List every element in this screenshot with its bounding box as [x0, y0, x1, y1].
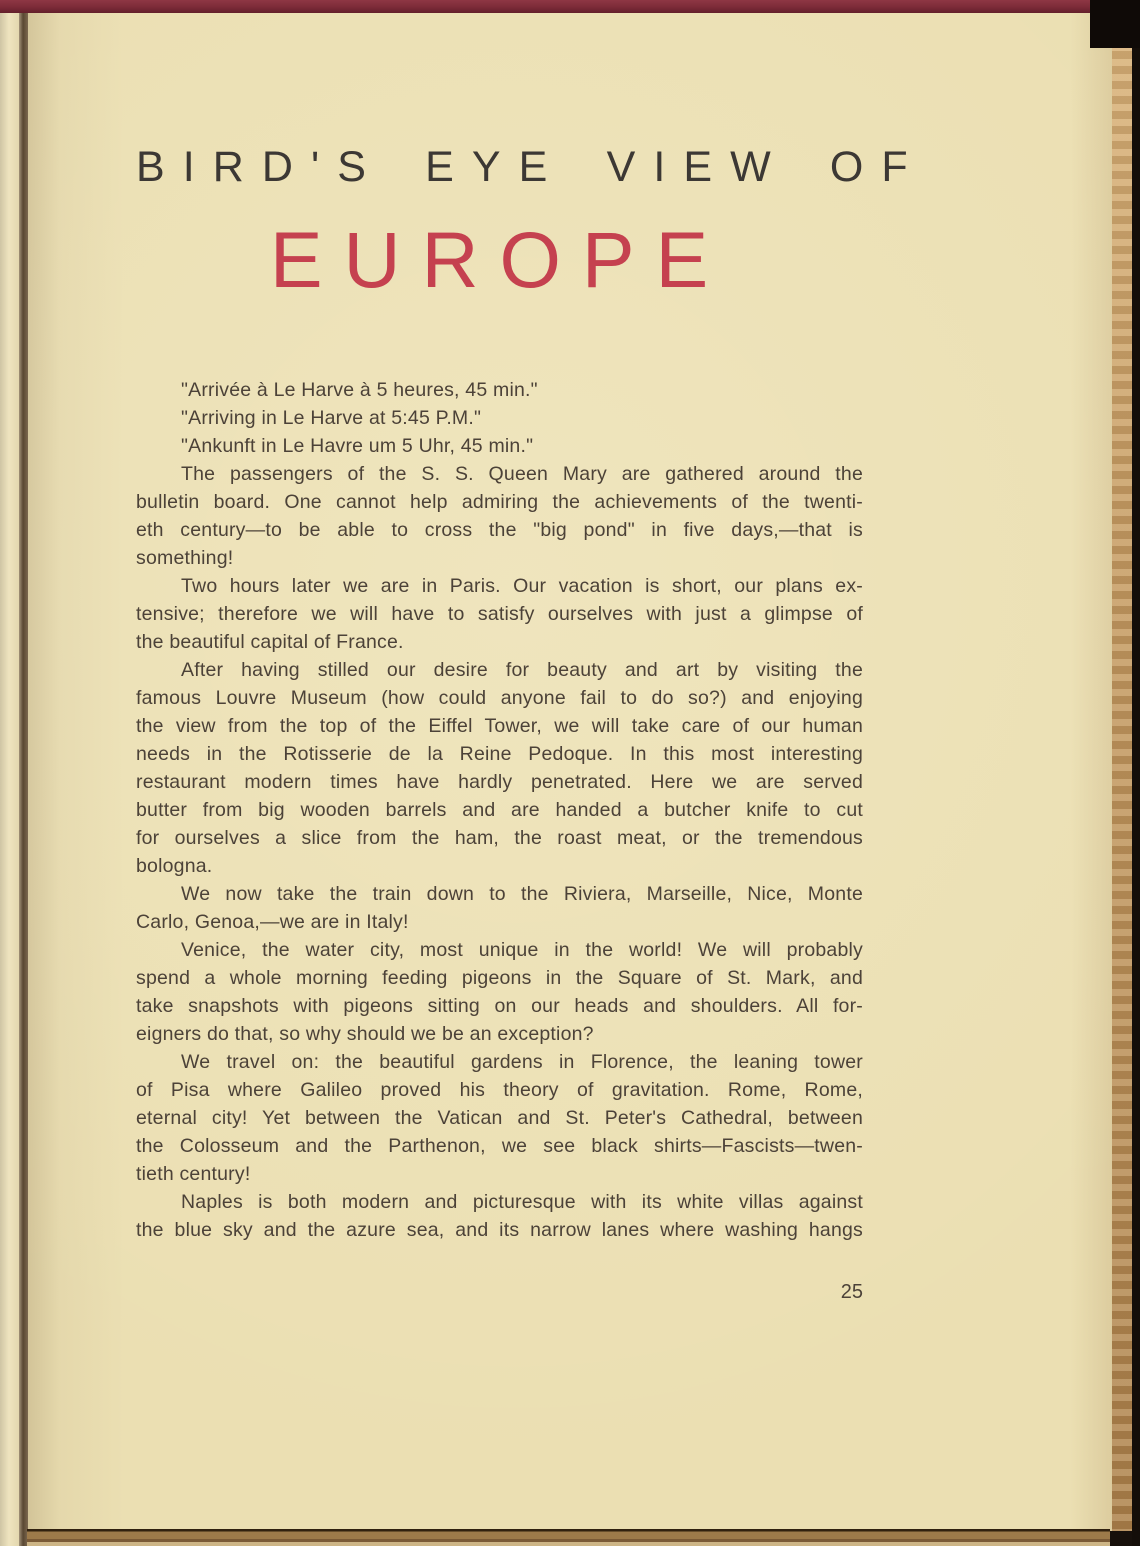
paragraph: We travel on: the beautiful gardens in F…	[136, 1048, 863, 1188]
text-line: Carlo, Genoa,—we are in Italy!	[136, 908, 863, 936]
page-body: "Arrivée à Le Harve à 5 heures, 45 min."…	[136, 376, 863, 1244]
scan-background-corner	[1090, 0, 1140, 48]
book-cover-right-edge	[1132, 0, 1140, 1546]
paragraph: We now take the train down to the Rivier…	[136, 880, 863, 936]
text-line: bulletin board. One cannot help admiring…	[136, 488, 863, 516]
text-line: tensive; therefore we will have to satis…	[136, 600, 863, 628]
book-page: BIRD'S EYE VIEW OF EUROPE "Arrivée à Le …	[27, 12, 1114, 1531]
title-line-1: BIRD'S EYE VIEW OF	[136, 146, 863, 189]
paragraph: Venice, the water city, most unique in t…	[136, 936, 863, 1048]
text-line: eth century—to be able to cross the "big…	[136, 516, 863, 544]
text-line: Naples is both modern and picturesque wi…	[136, 1188, 863, 1216]
text-line: bologna.	[136, 852, 863, 880]
text-line: Two hours later we are in Paris. Our vac…	[136, 572, 863, 600]
page-stack-right-edge	[1112, 14, 1134, 1531]
paragraph: Two hours later we are in Paris. Our vac…	[136, 572, 863, 656]
text-line: eternal city! Yet between the Vatican an…	[136, 1104, 863, 1132]
text-line: "Arrivée à Le Harve à 5 heures, 45 min."	[136, 376, 863, 404]
text-line: The passengers of the S. S. Queen Mary a…	[136, 460, 863, 488]
text-line: the view from the top of the Eiffel Towe…	[136, 712, 863, 740]
text-line: the blue sky and the azure sea, and its …	[136, 1216, 863, 1244]
text-line: tieth century!	[136, 1160, 863, 1188]
text-line: We now take the train down to the Rivier…	[136, 880, 863, 908]
text-line: something!	[136, 544, 863, 572]
text-line: take snapshots with pigeons sitting on o…	[136, 992, 863, 1020]
text-line: After having stilled our desire for beau…	[136, 656, 863, 684]
text-line: Venice, the water city, most unique in t…	[136, 936, 863, 964]
text-line: famous Louvre Museum (how could anyone f…	[136, 684, 863, 712]
gutter-shadow	[19, 10, 28, 1546]
text-line: "Ankunft in Le Havre um 5 Uhr, 45 min."	[136, 432, 863, 460]
text-line: butter from big wooden barrels and are h…	[136, 796, 863, 824]
text-line: We travel on: the beautiful gardens in F…	[136, 1048, 863, 1076]
facing-page-edge	[0, 0, 20, 1546]
text-line: of Pisa where Galileo proved his theory …	[136, 1076, 863, 1104]
text-line: the beautiful capital of France.	[136, 628, 863, 656]
text-line: eigners do that, so why should we be an …	[136, 1020, 863, 1048]
paragraph: After having stilled our desire for beau…	[136, 656, 863, 880]
text-line: the Colosseum and the Parthenon, we see …	[136, 1132, 863, 1160]
text-line: for ourselves a slice from the ham, the …	[136, 824, 863, 852]
text-line: restaurant modern times have hardly pene…	[136, 768, 863, 796]
quote-lines: "Arrivée à Le Harve à 5 heures, 45 min."…	[136, 376, 863, 460]
page-title: BIRD'S EYE VIEW OF EUROPE	[136, 146, 863, 299]
title-line-2: EUROPE	[136, 220, 863, 299]
text-line: needs in the Rotisserie de la Reine Pedo…	[136, 740, 863, 768]
page-number: 25	[136, 1281, 863, 1304]
scanned-book-spread: BIRD'S EYE VIEW OF EUROPE "Arrivée à Le …	[0, 0, 1140, 1546]
paragraph: Naples is both modern and picturesque wi…	[136, 1188, 863, 1244]
text-line: "Arriving in Le Harve at 5:45 P.M."	[136, 404, 863, 432]
text-line: spend a whole morning feeding pigeons in…	[136, 964, 863, 992]
book-cover-top-edge	[0, 0, 1140, 13]
bottom-page-edges	[27, 1529, 1110, 1546]
paragraph: The passengers of the S. S. Queen Mary a…	[136, 460, 863, 572]
